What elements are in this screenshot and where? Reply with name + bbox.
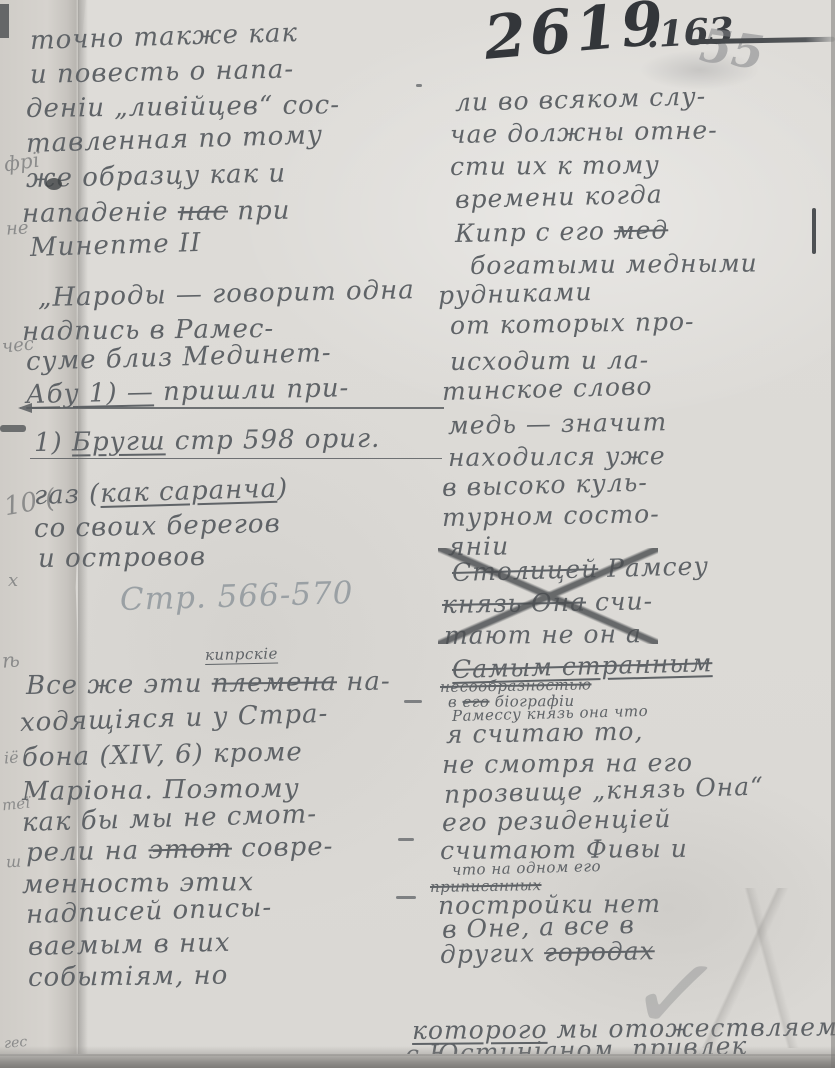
footnote-underline xyxy=(30,458,442,459)
text-segment: рудниками xyxy=(438,277,593,310)
margin-dash xyxy=(398,838,414,841)
text-segment: и островов xyxy=(38,542,206,574)
text-segment: бона (XIV, 6) кроме xyxy=(22,737,303,773)
text-segment: рели на xyxy=(26,835,149,868)
text-segment: турном состо- xyxy=(442,499,660,532)
text-segment: „Народы — говорит одна xyxy=(38,275,415,313)
handwritten-line: Минепте II xyxy=(30,228,202,263)
torn-page-text-fragment: іё xyxy=(3,748,19,768)
text-segment: времени когда xyxy=(455,180,663,214)
text-segment: газ ( xyxy=(34,479,101,511)
handwritten-line: газ (как саранча) xyxy=(34,473,289,511)
fold-crease-bottom-right xyxy=(575,888,835,1048)
handwritten-line: Кипр с его мед xyxy=(455,215,669,248)
handwritten-line: 1) Бругш стр 598 ориг. xyxy=(34,424,381,458)
handwritten-line: же образцу как и xyxy=(26,159,287,194)
handwritten-line: от которых про- xyxy=(450,307,695,340)
text-segment: других xyxy=(440,938,545,969)
handwritten-line: рели на этот совре- xyxy=(26,832,334,868)
footnote-separator-line xyxy=(20,407,444,409)
text-segment: ли во всяком слу- xyxy=(455,81,707,117)
handwritten-line: ли во всяком слу- xyxy=(455,81,707,117)
handwritten-line: нападеніе нас при xyxy=(22,196,291,229)
struck-text: нас xyxy=(178,196,229,227)
text-segment: кипрскіе xyxy=(205,644,278,664)
text-segment: при xyxy=(228,196,291,227)
text-segment: Все же эти xyxy=(26,669,212,701)
text-segment: же образцу как и xyxy=(26,159,287,194)
struck-text: мед xyxy=(614,215,669,245)
text-segment: совре- xyxy=(232,832,334,864)
handwritten-line: бона (XIV, 6) кроме xyxy=(22,737,303,773)
handwritten-line: кипрскіе xyxy=(205,644,278,664)
corner-mark-top-left xyxy=(0,4,9,38)
handwritten-line: рудниками xyxy=(438,277,593,310)
ink-blot xyxy=(46,178,62,190)
handwritten-line: медь — значит xyxy=(448,407,668,440)
text-segment: его резиденціей xyxy=(442,804,672,837)
cross-out-x-mark xyxy=(438,548,658,644)
margin-dash xyxy=(396,896,416,899)
handwritten-line: богатыми медными xyxy=(470,248,758,280)
text-segment: Абу 1) — xyxy=(26,377,154,410)
torn-page-text-fragment: ѣ xyxy=(1,647,21,672)
text-segment: событіям, но xyxy=(28,961,229,993)
text-segment: в высоко куль- xyxy=(442,468,648,502)
ink-blot xyxy=(0,425,26,432)
text-segment: надписей описы- xyxy=(26,893,273,930)
text-segment: нападеніе xyxy=(22,197,178,229)
struck-text: этот xyxy=(148,834,232,866)
handwritten-line: ваемым в них xyxy=(28,928,231,962)
text-segment: со своих берегов xyxy=(34,509,281,544)
handwritten-line: со своих берегов xyxy=(34,509,281,544)
handwritten-line: „Народы — говорит одна xyxy=(38,275,415,313)
text-segment: медь — значит xyxy=(448,407,668,440)
text-segment: на- xyxy=(337,667,391,698)
text-segment: 1) xyxy=(34,428,72,458)
text-segment: чае должны отне- xyxy=(450,115,718,149)
handwritten-line: сти их к тому xyxy=(450,150,660,181)
margin-dash xyxy=(404,700,422,703)
handwritten-line: и повесть о напа- xyxy=(30,54,295,90)
handwritten-line: Абу 1) — пришли при- xyxy=(26,373,350,410)
handwritten-line: событіям, но xyxy=(28,961,229,993)
handwritten-line: Все же эти племена на- xyxy=(26,667,391,701)
handwritten-line: в высоко куль- xyxy=(442,468,648,502)
text-segment: деніи „ливійцев“ сос- xyxy=(26,90,340,124)
handwritten-line: я считаю то, xyxy=(446,717,644,749)
manuscript-page: фрїнечес10 (хѣіётеїшгес 2619 .163 55 точ… xyxy=(0,0,835,1068)
text-segment: ваемым в них xyxy=(28,928,231,962)
text-segment: Стр. 566-570 xyxy=(119,575,353,618)
handwritten-line: тинское слово xyxy=(442,371,653,406)
text-segment: Бругш xyxy=(72,426,166,457)
text-segment: тинское слово xyxy=(442,371,653,406)
text-segment: стр 598 ориг. xyxy=(165,424,380,457)
handwritten-line: Стр. 566-570 xyxy=(119,575,353,618)
handwritten-line: деніи „ливійцев“ сос- xyxy=(26,90,340,124)
text-segment: от которых про- xyxy=(450,307,695,340)
handwritten-line: времени когда xyxy=(455,180,663,214)
text-segment: я считаю то, xyxy=(446,717,644,749)
torn-page-text-fragment: х xyxy=(8,570,18,591)
text-segment: богатыми медными xyxy=(470,248,758,280)
text-segment: ) xyxy=(277,473,289,503)
handwritten-line: турном состо- xyxy=(442,499,660,532)
struck-text: племена xyxy=(212,667,338,699)
text-segment: как саранча xyxy=(100,474,278,509)
text-segment: сти их к тому xyxy=(450,150,660,181)
handwritten-line: и островов xyxy=(38,542,206,574)
text-segment: пришли при- xyxy=(154,373,350,407)
text-segment: Кипр с его xyxy=(455,216,614,248)
margin-tick-right xyxy=(812,208,816,254)
arrowhead-left xyxy=(18,403,32,413)
torn-page-text-fragment: ш xyxy=(6,852,22,872)
text-segment: и повесть о напа- xyxy=(30,54,295,90)
handwritten-line: чае должны отне- xyxy=(450,115,718,149)
handwritten-line: надписей описы- xyxy=(26,893,273,930)
text-segment: Минепте II xyxy=(30,228,202,263)
handwritten-line: его резиденціей xyxy=(442,804,672,837)
margin-dash xyxy=(416,84,422,87)
scan-edge-bottom xyxy=(0,1054,835,1068)
